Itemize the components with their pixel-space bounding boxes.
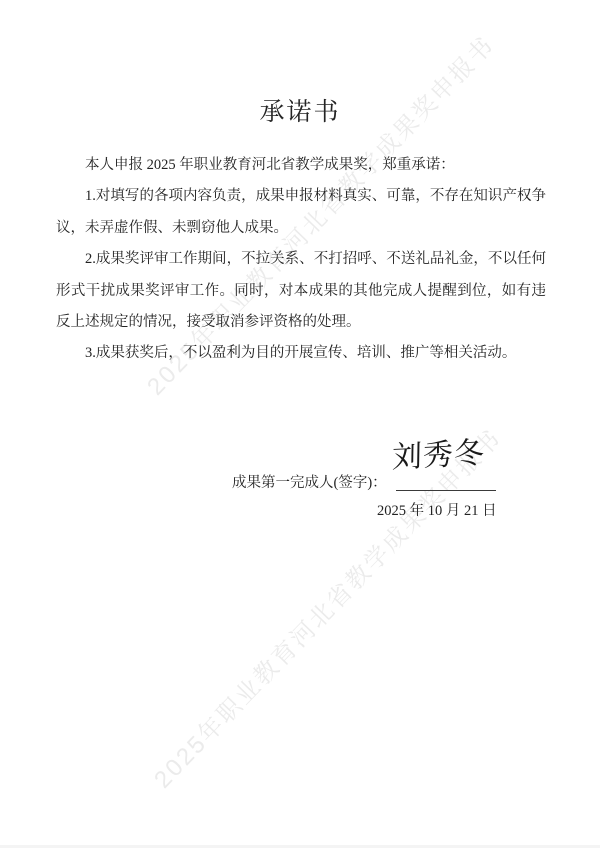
signature-date: 2025 年 10 月 21 日: [377, 501, 497, 521]
document-body: 本人申报 2025 年职业教育河北省教学成果奖，郑重承诺： 1.对填写的各项内容…: [56, 150, 546, 370]
paragraph-item-3: 3.成果获奖后，不以盈利为目的开展宣传、培训、推广等相关活动。: [56, 338, 546, 369]
commitment-letter-page: 2025年职业教育河北省教学成果奖申报书 2025年职业教育河北省教学成果奖申报…: [0, 0, 600, 848]
handwritten-signature: 刘秀冬: [392, 428, 486, 477]
document-title: 承诺书: [0, 92, 600, 128]
paragraph-item-2: 2.成果奖评审工作期间，不拉关系、不打招呼、不送礼品礼金，不以任何形式干扰成果奖…: [56, 244, 546, 338]
signature-underline: [396, 490, 496, 491]
signature-label: 成果第一完成人(签字)：: [232, 473, 387, 493]
paragraph-intro: 本人申报 2025 年职业教育河北省教学成果奖，郑重承诺：: [56, 150, 546, 181]
paragraph-item-1: 1.对填写的各项内容负责，成果申报材料真实、可靠，不存在知识产权争议，未弄虚作假…: [56, 181, 546, 244]
